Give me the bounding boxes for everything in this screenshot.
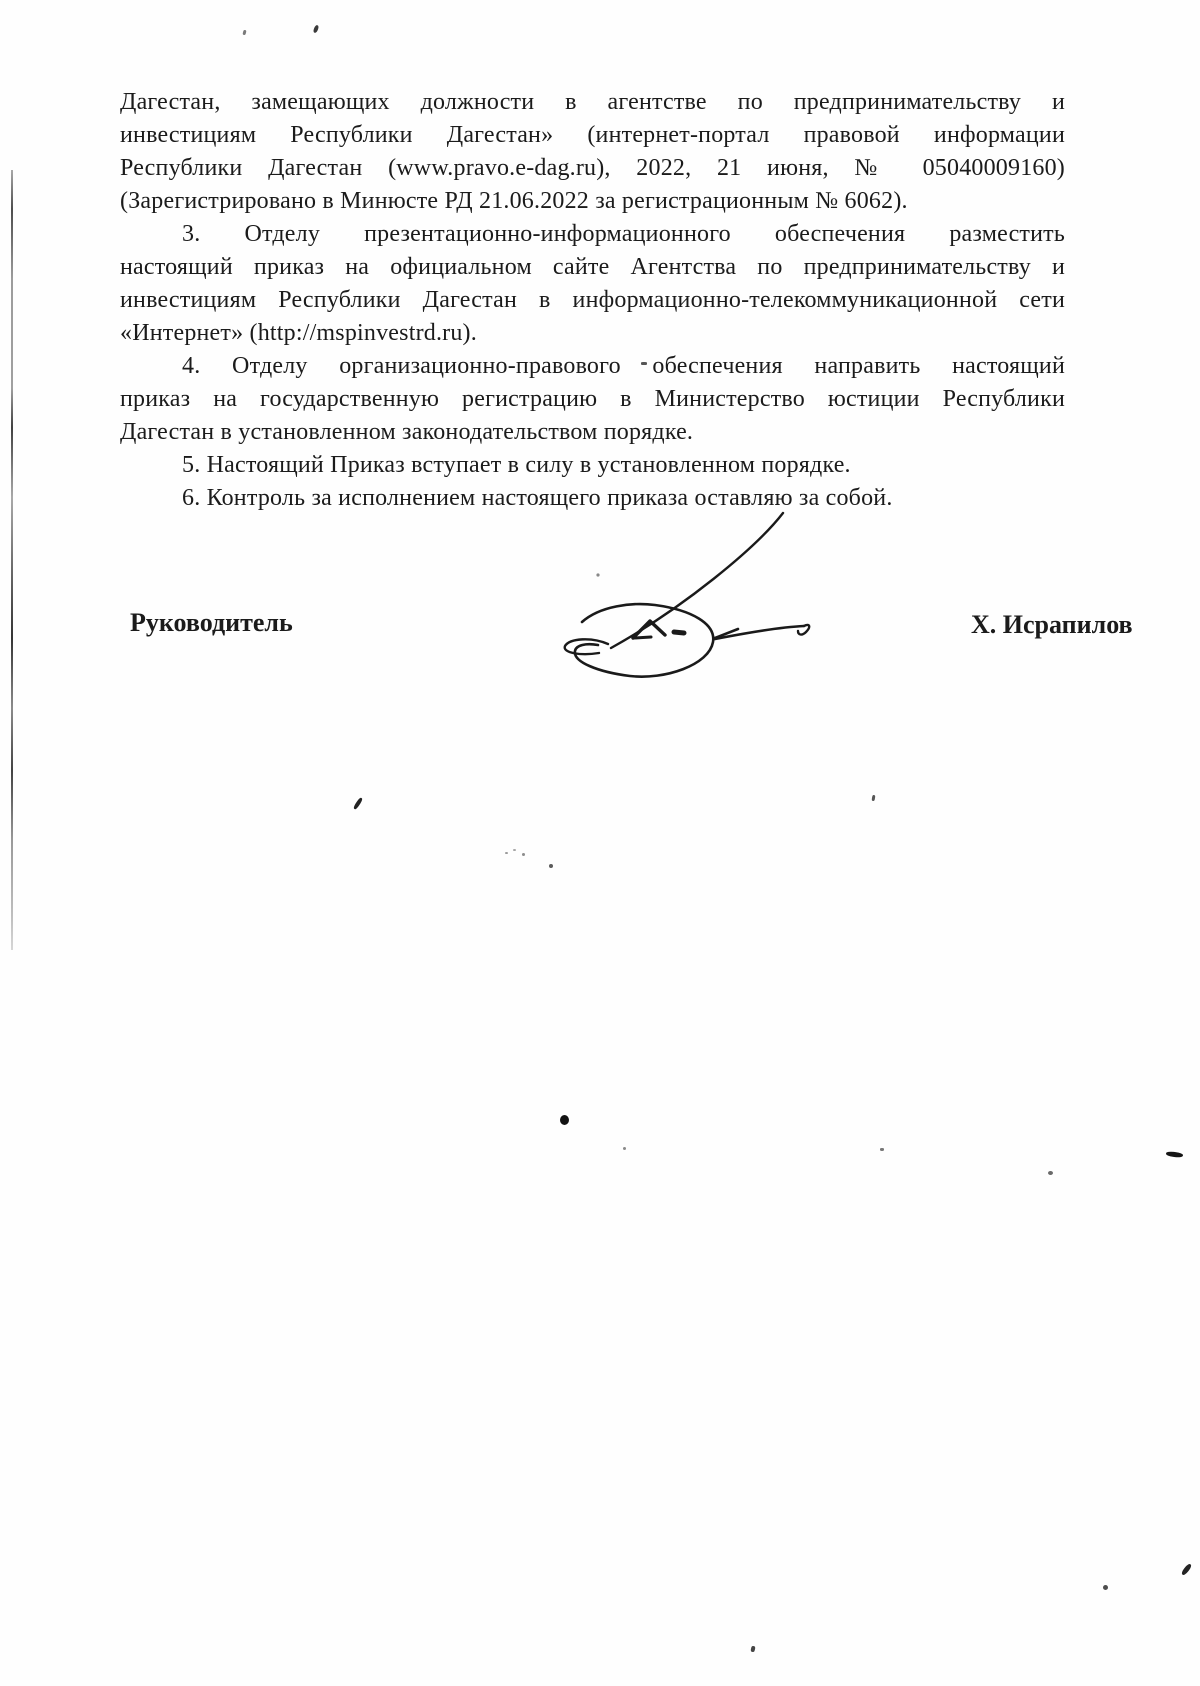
scanned-document-page: Дагестан, замещающих должности в агентст… xyxy=(0,0,1200,1686)
scan-speck xyxy=(505,852,508,854)
text-line: Дагестан, замещающих должности в агентст… xyxy=(120,86,1065,119)
scan-speck xyxy=(1166,1151,1183,1158)
signature-ink-dot xyxy=(596,573,599,576)
scan-speck xyxy=(522,853,525,856)
scan-edge-line-artifact xyxy=(11,170,13,950)
scan-speck xyxy=(750,1646,755,1653)
text-line: 3. Отделу презентационно-информационного… xyxy=(120,218,1065,251)
text-line: настоящий приказ на официальном сайте Аг… xyxy=(120,251,1065,284)
text-line: инвестициям Республики Дагестан» (интерн… xyxy=(120,119,1065,152)
text-line: инвестициям Республики Дагестан в информ… xyxy=(120,284,1065,317)
text-line: Дагестан в установленном законодательств… xyxy=(120,416,1065,449)
scan-speck xyxy=(242,30,246,36)
scan-speck xyxy=(641,362,647,365)
scan-speck xyxy=(513,849,516,851)
paragraph-item-3: 3. Отделу презентационно-информационного… xyxy=(120,218,1065,350)
signoff-name: Х. Исрапилов xyxy=(971,611,1133,639)
scan-speck xyxy=(1181,1563,1193,1576)
scan-speck xyxy=(353,797,363,810)
signoff-role: Руководитель xyxy=(130,609,293,637)
scan-speck xyxy=(872,795,876,801)
signature-handwritten xyxy=(548,503,820,685)
text-line: 5. Настоящий Приказ вступает в силу в ус… xyxy=(120,449,1065,482)
signature-triangle xyxy=(633,621,665,638)
scan-speck xyxy=(1048,1171,1053,1175)
paragraph-item-4: 4. Отделу организационно-правового обесп… xyxy=(120,350,1065,449)
scan-speck xyxy=(549,864,553,868)
scan-speck xyxy=(880,1148,884,1151)
text-line: Республики Дагестан (www.pravo.e-dag.ru)… xyxy=(120,152,1065,185)
paragraph-continuation: Дагестан, замещающих должности в агентст… xyxy=(120,86,1065,218)
signature-curl xyxy=(565,639,608,654)
document-body: Дагестан, замещающих должности в агентст… xyxy=(120,86,1065,515)
scan-speck xyxy=(623,1147,626,1150)
text-line: «Интернет» (http://mspinvestrd.ru). xyxy=(120,317,1065,350)
signature-dash xyxy=(674,632,684,633)
scan-speck xyxy=(1103,1585,1108,1590)
text-line: 4. Отделу организационно-правового обесп… xyxy=(120,350,1065,383)
text-line: приказ на государственную регистрацию в … xyxy=(120,383,1065,416)
scan-speck xyxy=(560,1115,569,1125)
text-line: (Зарегистрировано в Минюсте РД 21.06.202… xyxy=(120,185,1065,218)
signature-long-stroke xyxy=(611,513,783,648)
scan-speck xyxy=(313,25,320,34)
paragraph-item-5: 5. Настоящий Приказ вступает в силу в ус… xyxy=(120,449,1065,482)
signature-triangle-base xyxy=(634,637,651,638)
